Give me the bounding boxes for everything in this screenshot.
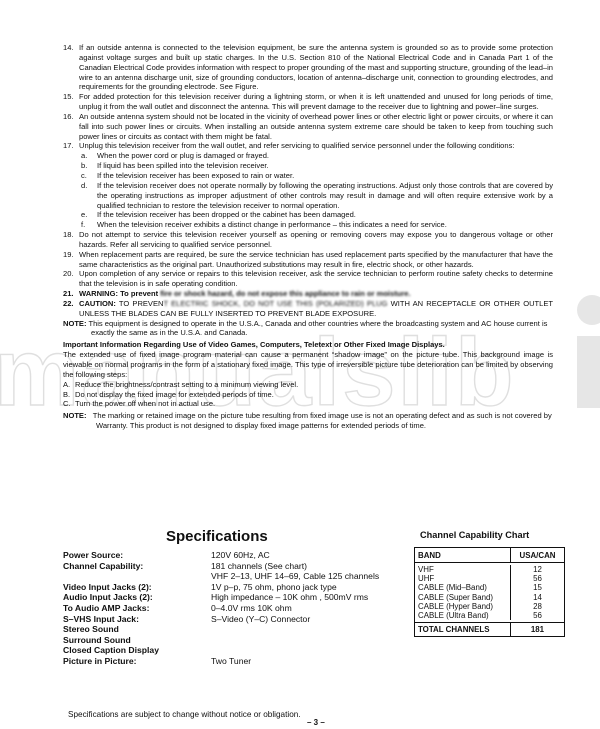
fixed-image-heading: Important Information Regarding Use of V… [63,340,553,350]
spec-value [211,624,411,635]
spec-value: 181 channels (See chart) [211,561,411,572]
chart-total-row: TOTAL CHANNELS 181 [415,622,564,636]
fixed-image-steps: A.Reduce the brightness/contrast setting… [63,380,553,410]
safety-item: 15.For added protection for this televis… [63,92,553,112]
condition-item: a.When the power cord or plug is damaged… [81,151,553,161]
spec-label: Power Source: [63,550,211,561]
band-count: 15 [533,583,542,592]
fixed-image-paragraph: The extended use of fixed image program … [63,350,553,380]
spec-label: Video Input Jacks (2): [63,582,211,593]
manual-page: manualslib 14.If an outside antenna is c… [0,0,600,729]
safety-instructions: 14.If an outside antenna is connected to… [63,43,553,431]
spec-value: Two Tuner [211,656,411,667]
specifications-title: Specifications [166,528,268,545]
spec-row: Picture in Picture:Two Tuner [63,656,411,667]
spec-label: Surround Sound [63,635,211,646]
condition-item: b.If liquid has been spilled into the te… [81,161,553,171]
spec-value: 120V 60Hz, AC [211,550,411,561]
safety-item: 18.Do not attempt to service this televi… [63,230,553,250]
chart-body: VHFUHFCABLE (Mid–Band)CABLE (Super Band)… [415,563,564,622]
spec-value: 0–4.0V rms 10K ohm [211,603,411,614]
watermark-dot [577,295,600,325]
spec-label: S–VHS Input Jack: [63,614,211,625]
band-count: 28 [533,602,542,611]
spec-row: To Audio AMP Jacks:0–4.0V rms 10K ohm [63,603,411,614]
step-item: A.Reduce the brightness/contrast setting… [63,380,553,390]
spec-row: Surround Sound [63,635,411,646]
spec-row: S–VHS Input Jack:S–Video (Y–C) Connector [63,614,411,625]
spec-value: 1V p–p, 75 ohm, phono jack type [211,582,411,593]
band-name: VHF [418,565,510,574]
safety-item: 19.When replacement parts are required, … [63,250,553,270]
spec-row: Video Input Jacks (2):1V p–p, 75 ohm, ph… [63,582,411,593]
usa-can-header: USA/CAN [510,548,564,562]
specifications-footnote: Specifications are subject to change wit… [68,710,301,719]
fixed-image-note: NOTE: The marking or retained image on t… [63,411,553,431]
band-count: 56 [533,574,542,583]
band-list: VHFUHFCABLE (Mid–Band)CABLE (Super Band)… [415,565,510,620]
spec-row: Closed Caption Display [63,645,411,656]
spec-row: VHF 2–13, UHF 14–69, Cable 125 channels [63,571,411,582]
watermark-bar [577,336,600,408]
caution-item: 22.CAUTION: TO PREVENT ELECTRIC SHOCK, D… [63,299,553,319]
spec-label: Stereo Sound [63,624,211,635]
total-value: 181 [510,623,564,636]
specifications-table: Power Source:120V 60Hz, ACChannel Capabi… [63,550,411,667]
spec-label: To Audio AMP Jacks: [63,603,211,614]
spec-row: Channel Capability:181 channels (See cha… [63,561,411,572]
band-count: 56 [533,611,542,620]
band-name: CABLE (Mid–Band) [418,583,510,592]
spec-value: VHF 2–13, UHF 14–69, Cable 125 channels [211,571,411,582]
spec-value [211,645,411,656]
spec-row: Power Source:120V 60Hz, AC [63,550,411,561]
spec-label: Audio Input Jacks (2): [63,592,211,603]
safety-item: 14.If an outside antenna is connected to… [63,43,553,92]
step-item: C.Turn the power off when not in actual … [63,399,553,409]
chart-header: BAND USA/CAN [415,548,564,563]
safety-item: 17.Unplug this television receiver from … [63,141,553,230]
safety-item: 16.An outside antenna system should not … [63,112,553,142]
spec-label: Picture in Picture: [63,656,211,667]
condition-item: f.When the television receiver exhibits … [81,220,553,230]
channel-chart-title: Channel Capability Chart [420,530,529,540]
spec-row: Audio Input Jacks (2):High impedance – 1… [63,592,411,603]
warning-item: 21.WARNING: To prevent fire or shock haz… [63,289,553,299]
band-name: CABLE (Hyper Band) [418,602,510,611]
condition-item: d.If the television receiver does not op… [81,181,553,211]
page-number: – 3 – [307,718,325,727]
band-name: UHF [418,574,510,583]
band-header: BAND [415,551,510,560]
spec-value: S–Video (Y–C) Connector [211,614,411,625]
band-count: 14 [533,593,542,602]
step-item: B.Do not display the fixed image for ext… [63,390,553,400]
count-list: 125615142856 [510,565,564,620]
spec-value [211,635,411,646]
spec-row: Stereo Sound [63,624,411,635]
channel-capability-chart: BAND USA/CAN VHFUHFCABLE (Mid–Band)CABLE… [414,547,565,637]
total-label: TOTAL CHANNELS [415,625,510,634]
band-name: CABLE (Ultra Band) [418,611,510,620]
safety-item: 20.Upon completion of any service or rep… [63,269,553,289]
note: NOTE: This equipment is designed to oper… [63,319,553,339]
band-name: CABLE (Super Band) [418,593,510,602]
spec-label: Closed Caption Display [63,645,211,656]
condition-item: c.If the television receiver has been ex… [81,171,553,181]
band-count: 12 [533,565,542,574]
condition-item: e.If the television receiver has been dr… [81,210,553,220]
spec-label [63,571,211,582]
spec-value: High impedance – 10K ohm , 500mV rms [211,592,411,603]
spec-label: Channel Capability: [63,561,211,572]
